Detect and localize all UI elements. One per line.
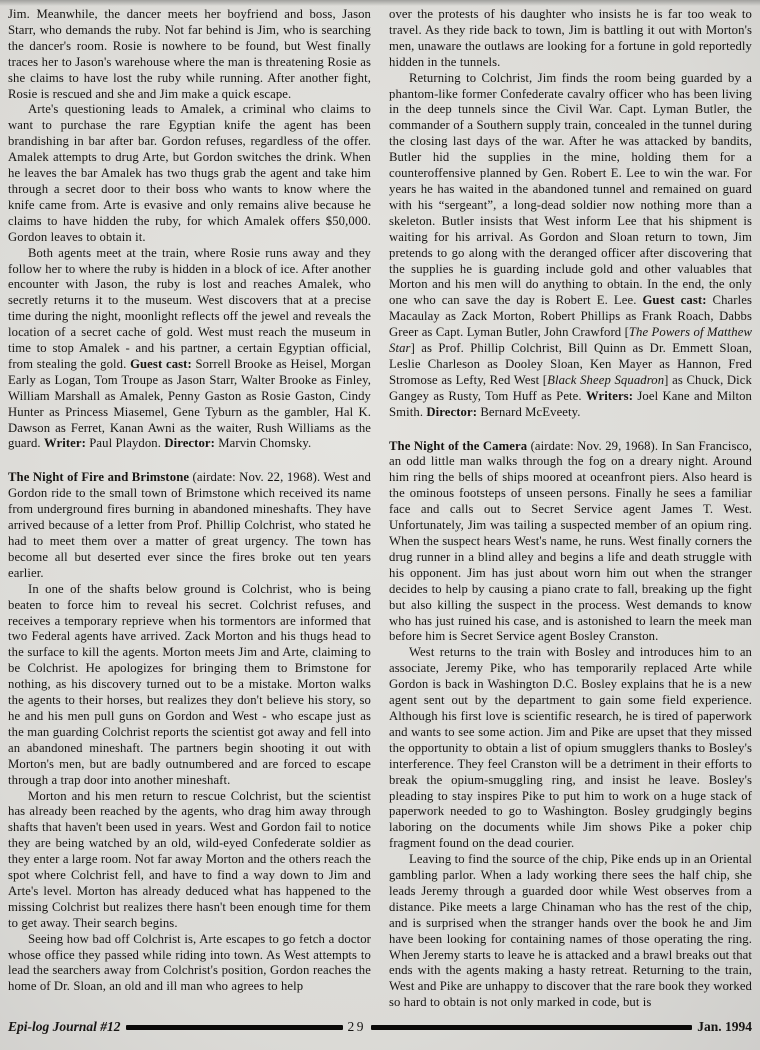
text-segment: Returning to Colchrist, Jim finds the ro… <box>389 71 752 308</box>
text-segment: West returns to the train with Bosley an… <box>389 645 752 850</box>
two-column-text-area: Jim. Meanwhile, the dancer meets her boy… <box>8 7 752 1012</box>
page-footer: Epi-log Journal #12 29 Jan. 1994 <box>8 1012 752 1050</box>
body-paragraph: Jim. Meanwhile, the dancer meets her boy… <box>8 7 371 102</box>
issue-date: Jan. 1994 <box>697 1019 752 1035</box>
text-segment: Arte's questioning leads to Amalek, a cr… <box>8 102 371 243</box>
text-segment: Writers: <box>586 389 633 403</box>
text-segment: (airdate: Nov. 29, 1968). In San Francis… <box>389 439 752 644</box>
body-paragraph: Returning to Colchrist, Jim finds the ro… <box>389 71 752 421</box>
body-paragraph: In one of the shafts below ground is Col… <box>8 582 371 789</box>
page-number: 29 <box>348 1019 367 1035</box>
text-segment: Both agents meet at the train, where Ros… <box>8 246 371 371</box>
text-segment: Morton and his men return to rescue Colc… <box>8 789 371 930</box>
journal-title: Epi-log Journal #12 <box>8 1019 121 1035</box>
text-segment: Marvin Chomsky. <box>215 436 311 450</box>
body-paragraph: over the protests of his daughter who in… <box>389 7 752 71</box>
footer-rule-left <box>126 1025 343 1030</box>
body-paragraph: Leaving to find the source of the chip, … <box>389 852 752 1011</box>
text-segment: Guest cast: <box>130 357 192 371</box>
body-paragraph: West returns to the train with Bosley an… <box>389 645 752 852</box>
text-segment: Jim. Meanwhile, the dancer meets her boy… <box>8 7 371 101</box>
body-paragraph: Both agents meet at the train, where Ros… <box>8 246 371 453</box>
text-segment: over the protests of his daughter who in… <box>389 7 752 69</box>
left-column: Jim. Meanwhile, the dancer meets her boy… <box>8 7 371 1011</box>
text-segment: The Night of the Camera <box>389 439 527 453</box>
body-paragraph: The Night of the Camera (airdate: Nov. 2… <box>389 439 752 646</box>
text-segment: Writer: <box>44 436 86 450</box>
body-paragraph: The Night of Fire and Brimstone (airdate… <box>8 470 371 581</box>
text-segment: Director: <box>426 405 477 419</box>
text-segment: Black Sheep Squadron <box>547 373 664 387</box>
right-column: over the protests of his daughter who in… <box>389 7 752 1011</box>
text-segment: Guest cast: <box>642 293 706 307</box>
text-segment: (airdate: Nov. 22, 1968). West and Gordo… <box>8 470 371 579</box>
text-segment: Bernard McEveety. <box>477 405 581 419</box>
text-segment: Seeing how bad off Colchrist is, Arte es… <box>8 932 371 994</box>
text-segment: Leaving to find the source of the chip, … <box>389 852 752 1009</box>
body-paragraph: Seeing how bad off Colchrist is, Arte es… <box>8 932 371 996</box>
body-paragraph: Morton and his men return to rescue Colc… <box>8 789 371 932</box>
footer-rule-right <box>371 1025 692 1030</box>
document-page: Jim. Meanwhile, the dancer meets her boy… <box>0 0 760 1050</box>
text-segment: Director: <box>164 436 215 450</box>
text-segment: The Night of Fire and Brimstone <box>8 470 189 484</box>
body-paragraph: Arte's questioning leads to Amalek, a cr… <box>8 102 371 245</box>
text-segment: Paul Playdon. <box>86 436 164 450</box>
text-segment: In one of the shafts below ground is Col… <box>8 582 371 787</box>
